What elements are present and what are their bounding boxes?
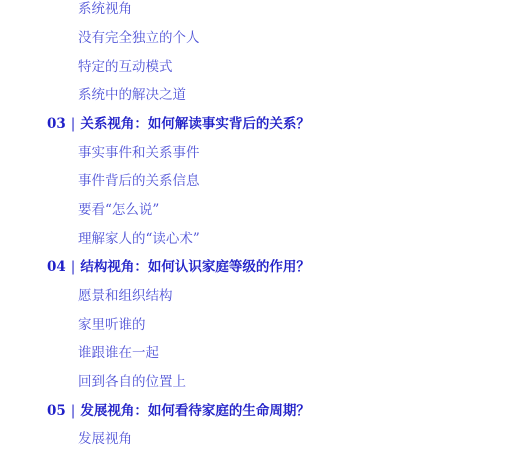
- toc-item[interactable]: 回到各自的位置上: [78, 373, 186, 391]
- chapter-separator: |: [71, 258, 76, 276]
- chapter-title: 发展视角：如何看待家庭的生命周期？: [80, 403, 310, 419]
- chapter-number: 04: [47, 259, 66, 275]
- chapter-title: 关系视角：如何解读事实背后的关系？: [80, 116, 310, 132]
- toc-item[interactable]: 发展视角: [78, 430, 132, 448]
- chapter-separator: |: [71, 402, 76, 420]
- toc-chapter-03[interactable]: 03|关系视角：如何解读事实背后的关系？: [47, 115, 310, 133]
- toc-item[interactable]: 愿景和组织结构: [78, 287, 173, 305]
- toc-chapter-05[interactable]: 05|发展视角：如何看待家庭的生命周期？: [47, 402, 310, 420]
- toc-item[interactable]: 系统中的解决之道: [78, 86, 186, 104]
- chapter-number: 03: [47, 116, 66, 132]
- toc-item[interactable]: 谁跟谁在一起: [78, 344, 159, 362]
- chapter-title: 结构视角：如何认识家庭等级的作用？: [80, 259, 310, 275]
- chapter-separator: |: [71, 115, 76, 133]
- toc-item[interactable]: 要看“怎么说”: [78, 201, 159, 219]
- toc-item[interactable]: 理解家人的“读心术”: [78, 230, 200, 248]
- toc-item[interactable]: 没有完全独立的个人: [78, 29, 200, 47]
- toc-item[interactable]: 事件背后的关系信息: [78, 172, 200, 190]
- toc-item[interactable]: 特定的互动模式: [78, 58, 173, 76]
- toc-item[interactable]: 事实事件和关系事件: [78, 144, 200, 162]
- chapter-number: 05: [47, 403, 66, 419]
- toc-item[interactable]: 家里听谁的: [78, 316, 146, 334]
- toc-item[interactable]: 系统视角: [78, 0, 132, 18]
- toc-chapter-04[interactable]: 04|结构视角：如何认识家庭等级的作用？: [47, 258, 310, 276]
